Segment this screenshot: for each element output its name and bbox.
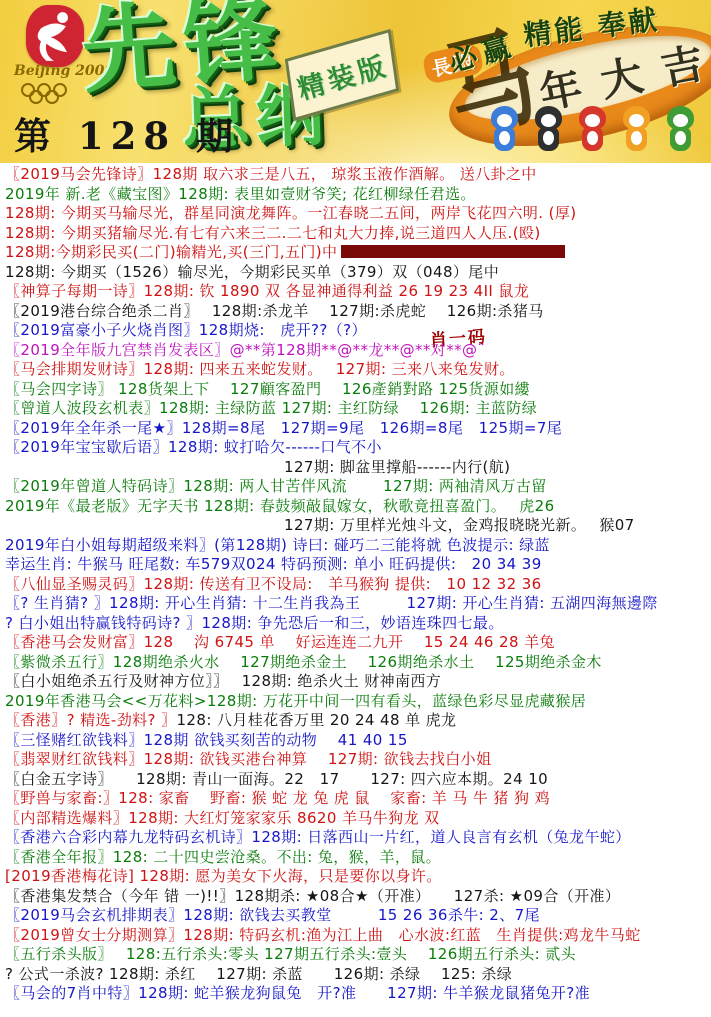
text-line: 2019年香港马会<<万花料>128期: 万花开中间一四有看头，蓝绿色彩尽显虎藏… [0, 692, 711, 712]
text-line: 2019年白小姐每期超级来料〗(第128期) 诗曰: 碰巧二三能将就 色波提示:… [0, 536, 711, 556]
text-segment: 2019年白小姐每期超级来料〗(第128期) 诗曰: 碰巧二三能将就 色波提示:… [5, 536, 550, 554]
text-segment: 2019年《最老版》无字天书 128期: 春鼓频敲鼠嫁女，秋歌竟扭喜盈门。 虎2… [5, 497, 555, 515]
text-segment: 127期: 脚盆里撑船------内行(航) [284, 458, 510, 476]
text-line: 〖2019年全年杀一尾★〗128期=8尾 127期=9尾 126期=8尾 125… [0, 419, 711, 439]
text-segment: 〖三怪赌红欲钱料〗128期 欲钱买刻苦的动物 41 40 15 [5, 731, 408, 749]
text-segment: 〖2019马会先锋诗〗128期 取六求三是八五， 琼浆玉液作酒解。 送八卦之中 [5, 165, 537, 183]
text-segment: 〖香港全年报〗128: 二十四史尝沧桑。不出: 兔，猴，羊，鼠。 [5, 848, 441, 866]
text-segment: [2019香港梅花诗] 128期: 愿为美女下火海，只是要你以身许。 [5, 867, 442, 885]
fuwa-mascots [487, 106, 698, 160]
text-line: 〖内部精选爆料〗128期: 大红灯笼家家乐 8620 羊马牛狗龙 双 [0, 809, 711, 829]
text-line: 〖2019马会玄机排期表〗128期: 欲钱去买教堂 15 26 36杀牛: 2、… [0, 906, 711, 926]
fuwa-mascot-3-icon [575, 106, 610, 160]
text-line: 〖香港六合彩内幕九龙特码玄机诗〗128期: 日落西山一片红，道人良言有玄机（兔龙… [0, 828, 711, 848]
text-line: 〖香港马会发财富〗128 沟 6745 单 好运连连二九开 15 24 46 2… [0, 633, 711, 653]
masthead: Beijing 2008 先锋 总纲 第 128 期 精装版 马 年大吉 長跟 … [0, 0, 711, 163]
text-line: [2019香港梅花诗] 128期: 愿为美女下火海，只是要你以身许。 [0, 867, 711, 887]
text-line: 〖2019富豪小子火烧肖图〗128期烧: 虎开??（?）肖一码 [0, 321, 711, 341]
tipsheet-page: Beijing 2008 先锋 总纲 第 128 期 精装版 马 年大吉 長跟 … [0, 0, 711, 1017]
text-line: 〖2019年曾道人特码诗〗128期: 两人甘苦伴风流 127期: 两袖清风万古留 [0, 477, 711, 497]
premium-edition-label: 精装版 [292, 43, 392, 106]
text-line: 〖马会排期发财诗〗128期: 四来五来蛇发财。 127期: 三来八来兔发财。 [0, 360, 711, 380]
text-segment: 128期: 今期买马输尽光，群星同演龙舞阵。一江春晓二五间，两岸飞花四六明. (… [5, 204, 577, 222]
text-line: 〖2019曾女士分期测算〗128期: 特码玄机:渔为江上曲 心水波:红蓝 生肖提… [0, 926, 711, 946]
text-line: 〖白小姐绝杀五行及财神方位〗〗 128期: 绝杀火土 财神南西方 [0, 672, 711, 692]
text-segment: 127期: 万里样光烛斗文，金鸡报晓晓光新。 猴07 [284, 516, 635, 534]
text-line: 幸运生肖: 牛猴马 旺尾数: 车579双024 特码预测: 单小 旺码提供: 2… [0, 555, 711, 575]
text-line: 〖马会的7肖中特〗128期: 蛇羊猴龙狗鼠兔 开?准 127期: 牛羊猴龙鼠猪兔… [0, 984, 711, 1004]
dancing-figure-icon [32, 10, 78, 62]
text-line: 〖香港全年报〗128: 二十四史尝沧桑。不出: 兔，猴，羊，鼠。 [0, 848, 711, 868]
text-segment: 〖白金五字诗〗 128期: 青山一面海。22 17 127: 四六应本期。24 … [5, 770, 548, 788]
text-segment: 〖五行杀头版〗 128:五行杀头:零头 127期五行杀头:壹头 126期五行杀头… [5, 945, 576, 963]
premium-edition-badge: 精装版 [285, 29, 399, 121]
text-line: 〖马会四字诗〗 128货架上下 127顧客盈門 126產銷對路 125货源如縷 [0, 380, 711, 400]
text-line: 127期: 万里样光烛斗文，金鸡报晓晓光新。 猴07 [0, 516, 711, 536]
text-line: 128期: 今期买（1526）输尽光，今期彩民买单（379）双（048）尾中 [0, 263, 711, 283]
text-line: 128期:今期彩民买(二门)输精光,买(三门,五门)中 [0, 243, 711, 263]
text-line: 127期: 脚盆里撑船------内行(航) [0, 458, 711, 478]
text-line: 〖2019全年版九宫禁肖发表区〗@**第128期**@**龙**@**对**@¨ [0, 341, 711, 361]
text-segment: 〖野兽与家畜:〗128: 家畜 野畜: 猴 蛇 龙 兔 虎 鼠 家畜: 羊 马 … [5, 789, 550, 807]
text-line: 128期: 今期买猪输尽光.有七有六来三二.二七和丸大力捧,说三道四人人压.(殴… [0, 224, 711, 244]
text-segment: 128期: 今期买（1526）输尽光，今期彩民买单（379）双（048）尾中 [5, 263, 499, 281]
text-segment: 〖翡翠财红欲钱料〗128期: 欲钱买港台神算 127期: 欲钱去找白小姐 [5, 750, 491, 768]
text-segment: 幸运生肖: 牛猴马 旺尾数: 车579双024 特码预测: 单小 旺码提供: 2… [5, 555, 542, 573]
text-segment: 〖八仙显圣赐灵码〗128期: 传送有卫不设局: 羊马猴狗 提供: 10 12 3… [5, 575, 542, 593]
text-line: 〖曾道人波段玄机表〗128期: 主绿防蓝 127期: 主红防绿 126期: 主蓝… [0, 399, 711, 419]
text-line: 〖香港集发禁合（今年 错 一)!!〗128期杀: ★08合★（开准） 127杀:… [0, 887, 711, 907]
redacted-block [341, 245, 565, 258]
text-segment: 〖香港马会发财富〗128 沟 6745 单 好运连连二九开 15 24 46 2… [5, 633, 555, 651]
text-segment: 〖神算子每期一诗〗128期: 钦 1890 双 各显神通得利益 26 19 23… [5, 282, 529, 300]
text-segment: 〖紫微杀五行〗128期绝杀火水 127期绝杀金土 126期绝杀水土 125期绝杀… [5, 653, 602, 671]
text-segment: 〖2019曾女士分期测算〗128期: 特码玄机:渔为江上曲 心水波:红蓝 生肖提… [5, 926, 641, 944]
text-segment: 128期:今期彩民买(二门)输精光,买(三门,五门)中 [5, 243, 337, 261]
text-line: 〖白金五字诗〗 128期: 青山一面海。22 17 127: 四六应本期。24 … [0, 770, 711, 790]
text-line: 2019年 新.老《藏宝图》128期: 表里如壹财爷笑; 花红柳绿任君选。 [0, 185, 711, 205]
text-segment: 〖马会四字诗〗 128货架上下 127顧客盈門 126產銷對路 125货源如縷 [5, 380, 530, 398]
text-segment: 〖马会排期发财诗〗128期: 四来五来蛇发财。 127期: 三来八来兔发财。 [5, 360, 515, 378]
text-segment: 〖2019港台综合绝杀二肖〗 128期:杀龙羊 127期:杀虎蛇 126期:杀猪… [5, 302, 544, 320]
text-line: 〖三怪赌红欲钱料〗128期 欲钱买刻苦的动物 41 40 15 [0, 731, 711, 751]
text-line: ? 公式一杀波? 128期: 杀红 127期: 杀蓝 126期: 杀绿 125:… [0, 965, 711, 985]
text-segment: 〖2019年曾道人特码诗〗128期: 两人甘苦伴风流 127期: 两袖清风万古留 [5, 477, 547, 495]
text-segment: 〖2019年全年杀一尾★〗128期=8尾 127期=9尾 126期=8尾 125… [5, 419, 562, 437]
text-segment: 〖马会的7肖中特〗128期: 蛇羊猴龙狗鼠兔 开?准 127期: 牛羊猴龙鼠猪兔… [5, 984, 590, 1002]
fuwa-mascot-4-icon [619, 106, 654, 160]
dancing-beijing-seal-icon [26, 5, 84, 67]
text-segment: 〖2019年宝宝歇后语〗128期: 蚊打哈欠------口气不小 [5, 438, 382, 456]
issue-number: 第 128 期 [14, 106, 240, 160]
text-segment: 128期: 今期买猪输尽光.有七有六来三二.二七和丸大力捧,说三道四人人压.(殴… [5, 224, 541, 242]
text-line: 〖香港〗? 精选-劲料? 〗128: 八月桂花香万里 20 24 48 单 虎龙 [0, 711, 711, 731]
text-segment: 128: 八月桂花香万里 20 24 48 单 虎龙 [176, 711, 456, 729]
text-line: 〖神算子每期一诗〗128期: 钦 1890 双 各显神通得利益 26 19 23… [0, 282, 711, 302]
text-segment: 2019年 新.老《藏宝图》128期: 表里如壹财爷笑; 花红柳绿任君选。 [5, 185, 476, 203]
text-line: 〖2019港台综合绝杀二肖〗 128期:杀龙羊 127期:杀虎蛇 126期:杀猪… [0, 302, 711, 322]
text-line: 〖五行杀头版〗 128:五行杀头:零头 127期五行杀头:壹头 126期五行杀头… [0, 945, 711, 965]
text-segment: 〖香港〗? 精选-劲料? 〗 [5, 711, 176, 729]
text-segment: 〖2019马会玄机排期表〗128期: 欲钱去买教堂 15 26 36杀牛: 2、… [5, 906, 540, 924]
text-segment: 〖内部精选爆料〗128期: 大红灯笼家家乐 8620 羊马牛狗龙 双 [5, 809, 440, 827]
text-segment: ? 公式一杀波? 128期: 杀红 127期: 杀蓝 126期: 杀绿 125:… [5, 965, 512, 983]
text-line: 〖紫微杀五行〗128期绝杀火水 127期绝杀金土 126期绝杀水土 125期绝杀… [0, 653, 711, 673]
text-segment: 〖香港集发禁合（今年 错 一)!!〗128期杀: ★08合★（开准） 127杀:… [5, 887, 620, 905]
text-segment: ? 白小姐出特赢钱特码诗? 〗128期: 争先恐后一和三，妙语连珠四七最。 [5, 614, 504, 632]
text-segment: 〖2019富豪小子火烧肖图〗128期烧: 虎开??（?） [5, 321, 367, 339]
fuwa-mascot-1-icon [487, 106, 522, 160]
text-segment: 2019年香港马会<<万花料>128期: 万花开中间一四有看头，蓝绿色彩尽显虎藏… [5, 692, 586, 710]
text-segment: 〖香港六合彩内幕九龙特码玄机诗〗128期: 日落西山一片红，道人良言有玄机（兔龙… [5, 828, 631, 846]
text-line: 〖翡翠财红欲钱料〗128期: 欲钱买港台神算 127期: 欲钱去找白小姐 [0, 750, 711, 770]
text-line: 〖八仙显圣赐灵码〗128期: 传送有卫不设局: 羊马猴狗 提供: 10 12 3… [0, 575, 711, 595]
text-line: 128期: 今期买马输尽光，群星同演龙舞阵。一江春晓二五间，两岸飞花四六明. (… [0, 204, 711, 224]
text-line: 〖2019马会先锋诗〗128期 取六求三是八五， 琼浆玉液作酒解。 送八卦之中 [0, 165, 711, 185]
text-line: 〖野兽与家畜:〗128: 家畜 野畜: 猴 蛇 龙 兔 虎 鼠 家畜: 羊 马 … [0, 789, 711, 809]
fuwa-mascot-5-icon [663, 106, 698, 160]
text-line: 〖? 生肖猜? 〗128期: 开心生肖猜: 十二生肖我為王 127期: 开心生肖… [0, 594, 711, 614]
text-segment: 〖? 生肖猜? 〗128期: 开心生肖猜: 十二生肖我為王 127期: 开心生肖… [5, 594, 658, 612]
text-line: 2019年《最老版》无字天书 128期: 春鼓频敲鼠嫁女，秋歌竟扭喜盈门。 虎2… [0, 497, 711, 517]
text-line: 〖2019年宝宝歇后语〗128期: 蚊打哈欠------口气不小 [0, 438, 711, 458]
text-segment: 〖曾道人波段玄机表〗128期: 主绿防蓝 127期: 主红防绿 126期: 主蓝… [5, 399, 537, 417]
fuwa-mascot-2-icon [531, 106, 566, 160]
text-segment: 〖白小姐绝杀五行及财神方位〗〗 128期: 绝杀火土 财神南西方 [5, 672, 441, 690]
body-lines: 〖2019马会先锋诗〗128期 取六求三是八五， 琼浆玉液作酒解。 送八卦之中2… [0, 165, 711, 1004]
text-line: ? 白小姐出特赢钱特码诗? 〗128期: 争先恐后一和三，妙语连珠四七最。 [0, 614, 711, 634]
text-segment: 〖2019全年版九宫禁肖发表区〗@**第128期**@**龙**@**对**@¨ [5, 341, 485, 359]
